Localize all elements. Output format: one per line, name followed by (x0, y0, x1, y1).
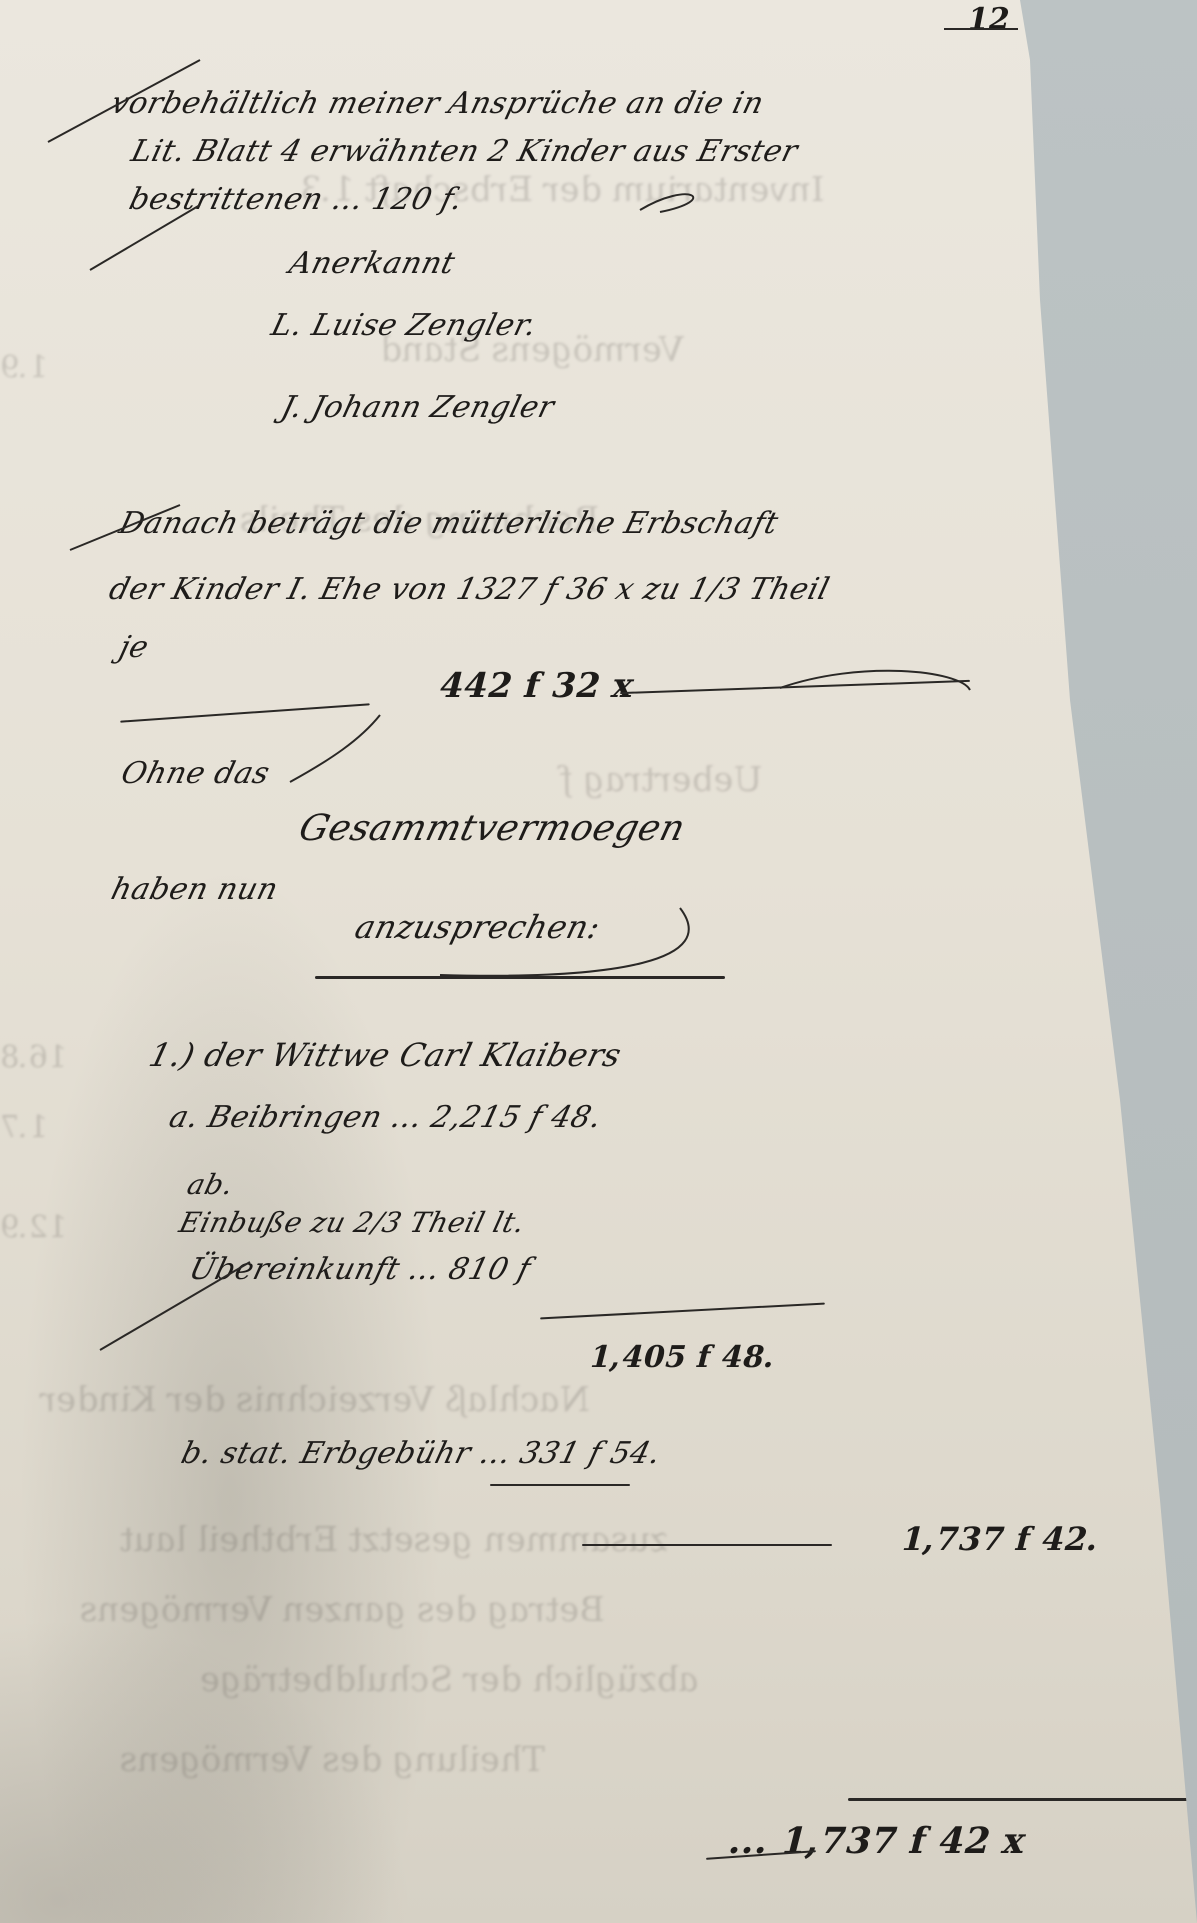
bleed-through-number: 16.8 (0, 1040, 70, 1075)
heading-underline (315, 976, 725, 979)
text-line: 1.) der Wittwe Carl Klaibers (145, 1036, 625, 1074)
amount-total: 1,737 f 42. (897, 1520, 1104, 1558)
text-line: bestrittenen ... 120 f. (126, 182, 467, 217)
text-line: Ohne das (118, 756, 274, 791)
total-rule (848, 1798, 1197, 1801)
ledger-entry: a. Beibringen ... 2,215 f 48. (166, 1100, 606, 1135)
text-line: Anerkannt (286, 246, 459, 281)
signature-line: L. Luise Zengler. (268, 308, 541, 343)
amount-grand-total: ... 1,737 f 42 x (725, 1820, 1031, 1862)
text-line: Einbuße zu 2/3 Theil lt. (176, 1206, 529, 1239)
amount-share-each: 442 f 32 x (435, 666, 639, 706)
bleed-through-text: abzüglich der Schuldbeträge (196, 1660, 702, 1700)
bleed-through-number: 12.9 (0, 1210, 70, 1245)
ledger-rule (490, 1484, 630, 1486)
pen-flourishes (0, 0, 1197, 1923)
ledger-rule (620, 680, 970, 694)
ledger-entry: b. stat. Erbgebühr ... 331 f 54. (178, 1436, 665, 1471)
text-line: Danach beträgt die mütterliche Erbschaft (116, 506, 782, 541)
text-line: der Kinder I. Ehe von 1327 f 36 x zu 1/3… (106, 572, 833, 607)
sum-rule (540, 1303, 825, 1320)
bleed-through-text: Theilung des Vermögens (116, 1740, 548, 1780)
ledger-entry: Übereinkunft ... 810 f (186, 1252, 535, 1287)
signature-line: J. Johann Zengler (278, 390, 558, 425)
text-line: anzusprechen: (351, 908, 604, 946)
bleed-through-text: Betrag des ganzen Vermögens (76, 1590, 607, 1630)
text-line: je (116, 630, 153, 665)
page-number: 12 (968, 2, 1010, 37)
ledger-rule (120, 703, 370, 722)
text-line: vorbehältlich meiner Ansprüche an die in (108, 86, 768, 121)
bleed-through-text: Uebertrag f (556, 760, 765, 800)
text-line: ab. (184, 1168, 237, 1201)
amount-subtotal: 1,405 f 48. (586, 1340, 780, 1375)
text-line: Lit. Blatt 4 erwähnten 2 Kinder aus Erst… (128, 134, 802, 169)
page-number-underline (944, 28, 1018, 30)
bleed-through-text: zusammen gesetzt Erbtheil laut (116, 1520, 671, 1560)
bleed-through-number: 1.9 (0, 350, 51, 385)
section-heading: Gesammtvermoegen (295, 808, 689, 849)
sum-rule (582, 1544, 832, 1546)
manuscript-page: Inventarium der Erbschaft 1.3 Vermögens … (0, 0, 1197, 1923)
bleed-through-text: Nachlaß Verzeichnis der Kinder (36, 1380, 593, 1420)
bleed-through-number: 1.7 (0, 1110, 51, 1145)
text-line: haben nun (108, 872, 282, 907)
